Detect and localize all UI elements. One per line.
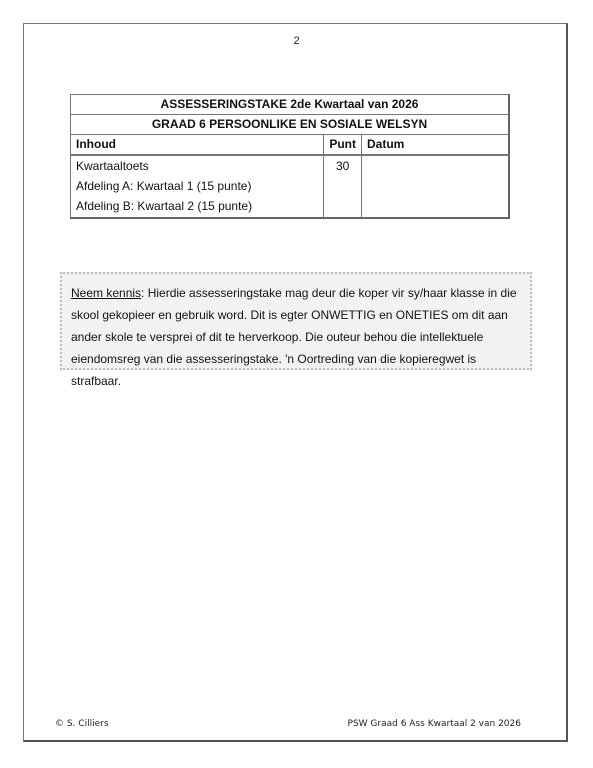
header-content: Inhoud — [71, 135, 324, 156]
table-header-row: Inhoud Punt Datum — [71, 135, 510, 156]
table-title: ASSESSERINGSTAKE 2de Kwartaal van 2026 — [71, 95, 510, 115]
table-subtitle-row: GRAAD 6 PERSOONLIKE EN SOSIALE WELSYN — [71, 115, 510, 135]
page-number: 2 — [0, 35, 593, 47]
row-date — [362, 155, 510, 218]
row-marks: 30 — [324, 155, 362, 218]
content-line: Afdeling B: Kwartaal 2 (15 punte) — [76, 196, 318, 216]
footer-document-title: PSW Graad 6 Ass Kwartaal 2 van 2026 — [348, 719, 521, 729]
header-marks: Punt — [324, 135, 362, 156]
assessment-table: ASSESSERINGSTAKE 2de Kwartaal van 2026 G… — [70, 94, 510, 219]
footer-author: © S. Cilliers — [55, 719, 109, 729]
copyright-notice: Neem kennis: Hierdie assesseringstake ma… — [60, 272, 532, 370]
row-content: Kwartaaltoets Afdeling A: Kwartaal 1 (15… — [71, 155, 324, 218]
table-subtitle: GRAAD 6 PERSOONLIKE EN SOSIALE WELSYN — [71, 115, 510, 135]
notice-label: Neem kennis — [71, 286, 141, 300]
table-title-row: ASSESSERINGSTAKE 2de Kwartaal van 2026 — [71, 95, 510, 115]
table-row: Kwartaaltoets Afdeling A: Kwartaal 1 (15… — [71, 155, 510, 218]
content-line: Kwartaaltoets — [76, 156, 318, 176]
content-line: Afdeling A: Kwartaal 1 (15 punte) — [76, 176, 318, 196]
header-date: Datum — [362, 135, 510, 156]
